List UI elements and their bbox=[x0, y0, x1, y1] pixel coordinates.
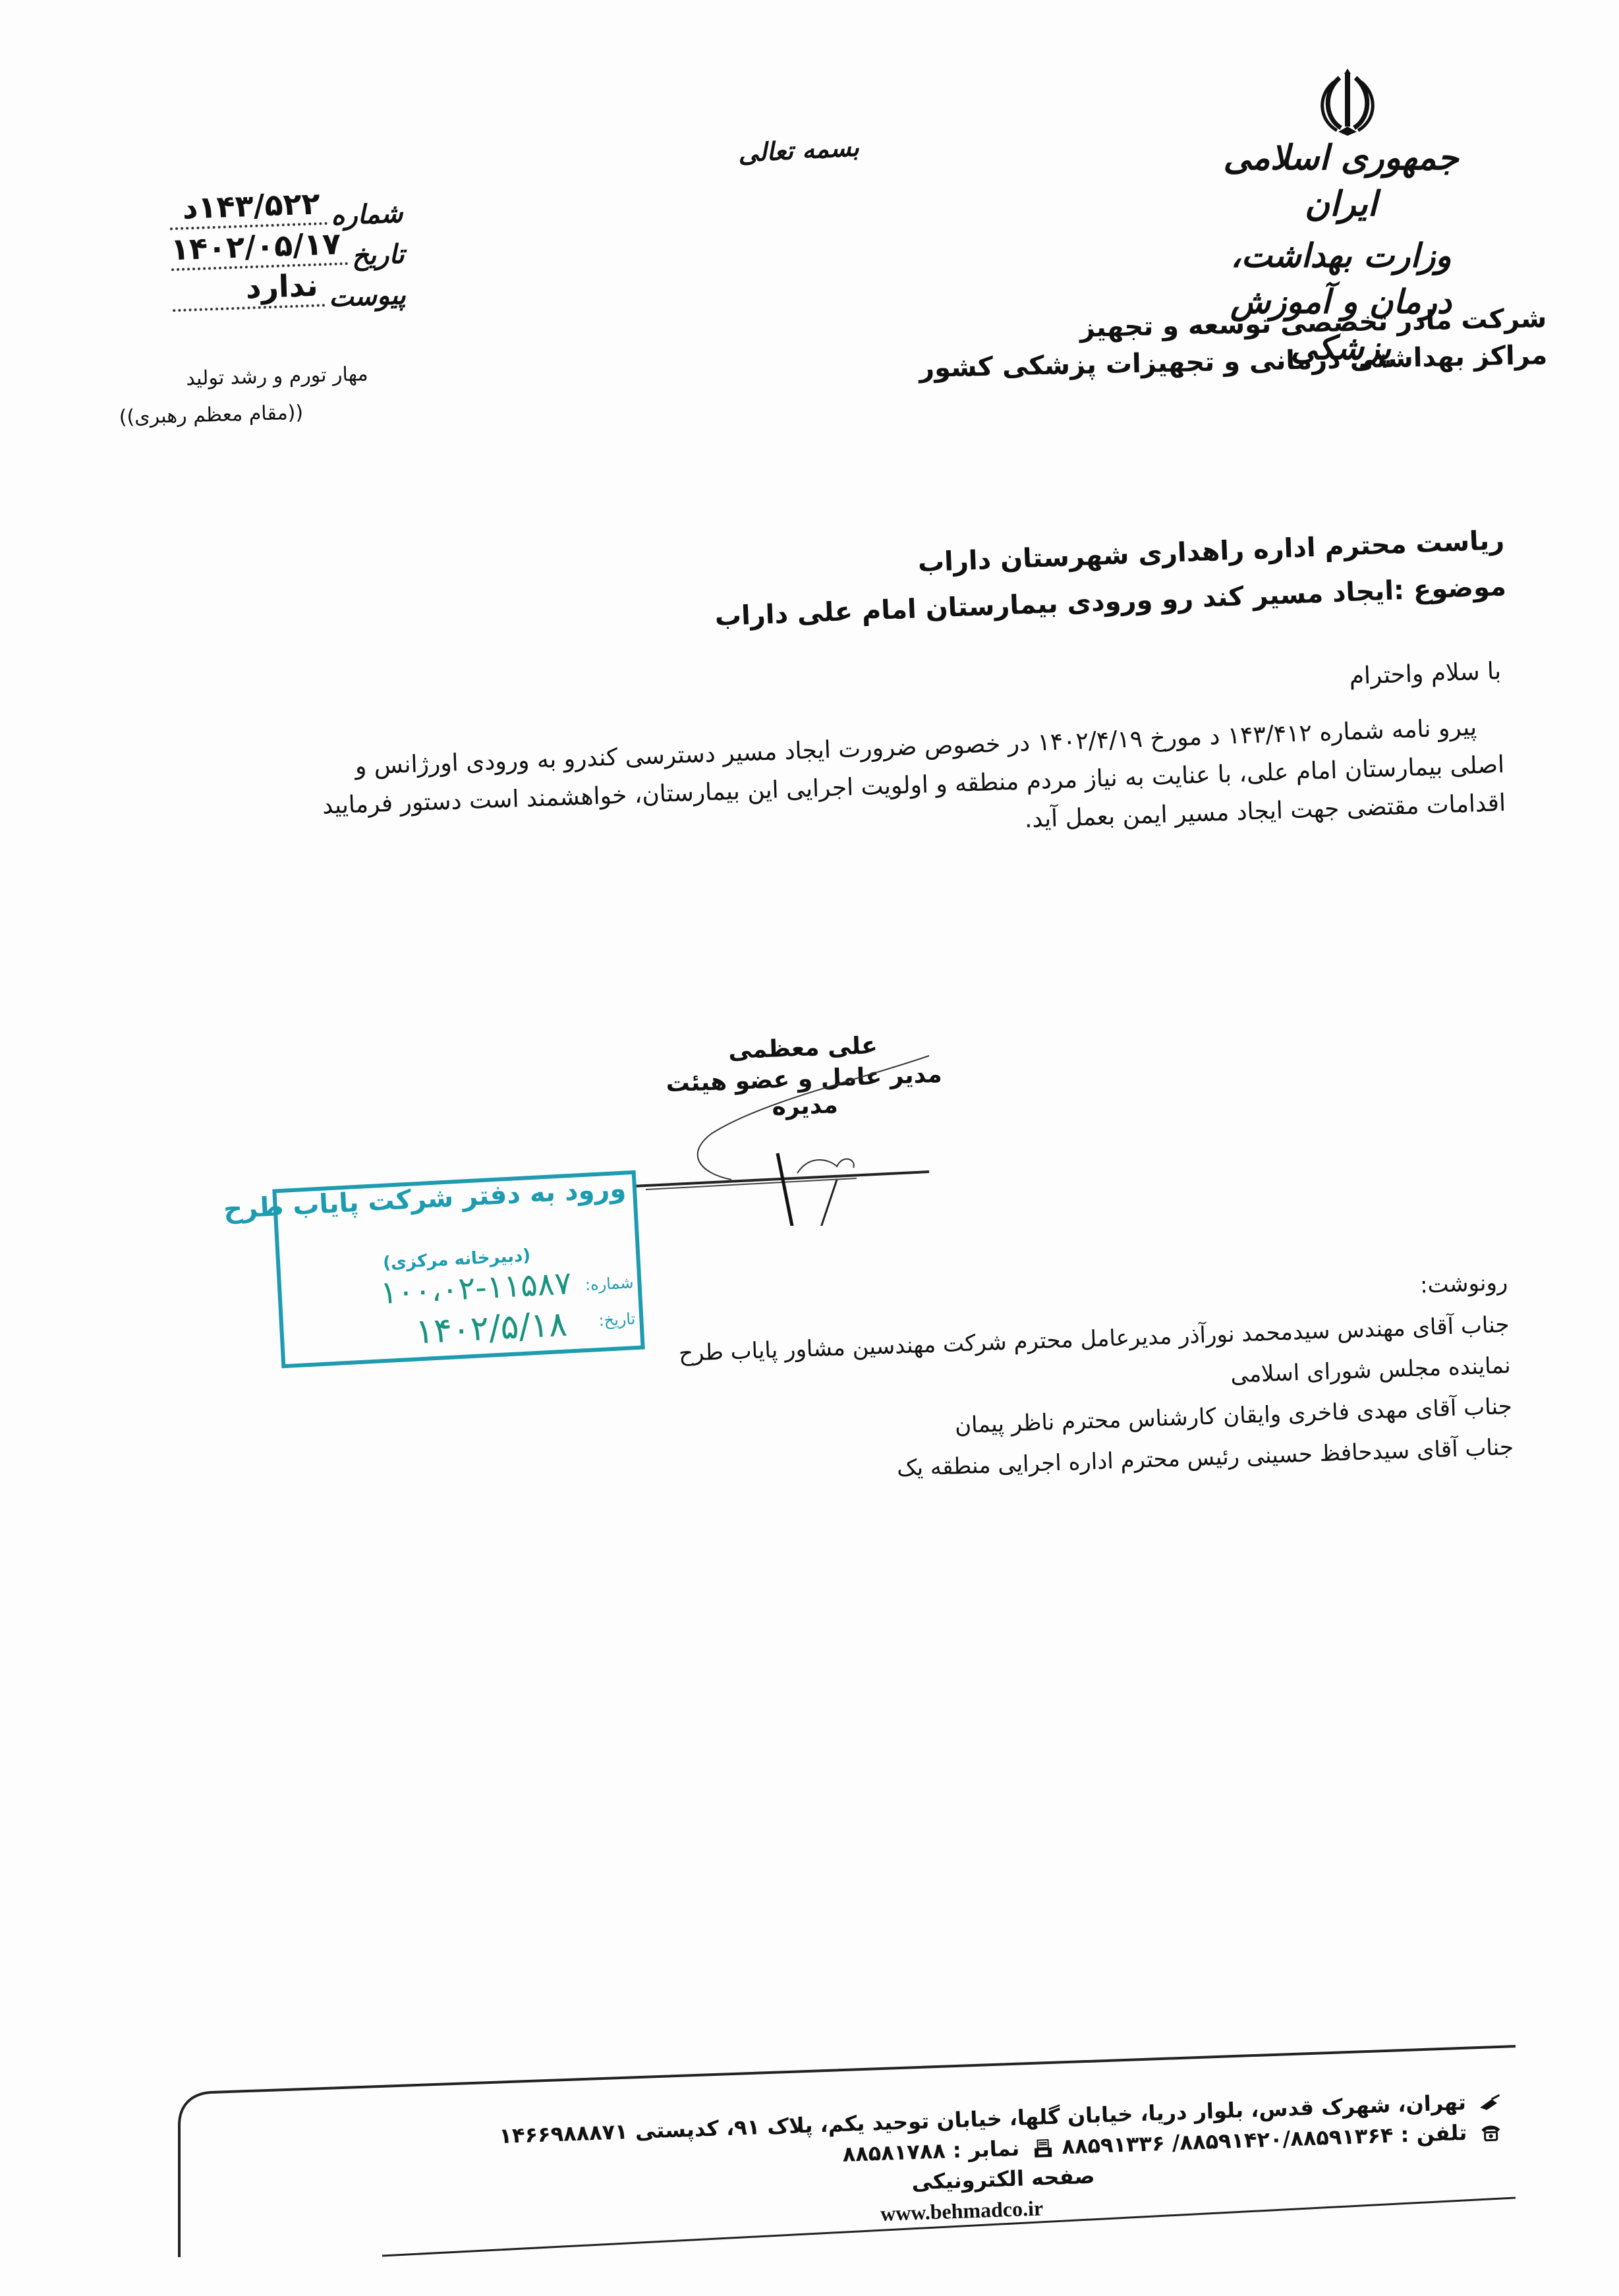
letter-date-value: ۱۴۰۲/۰۵/۱۷ bbox=[170, 225, 341, 267]
stamp-number-label: شماره: bbox=[584, 1273, 634, 1294]
letter-attachment-row: پیوست ندارد bbox=[168, 270, 407, 319]
recipient-block: ریاست محترم اداره راهداری شهرستان داراب … bbox=[712, 517, 1507, 640]
stamp-title: ورود به دفتر شرکت پایاب طرح bbox=[223, 1174, 627, 1225]
stamp-date-value: ۱۴۰۲/۵/۱۸ bbox=[414, 1305, 568, 1352]
incoming-stamp: ورود به دفتر شرکت پایاب طرح (دبیرخانه مر… bbox=[272, 1170, 644, 1369]
handwritten-signature-icon bbox=[619, 1054, 936, 1226]
fax-icon bbox=[1032, 2138, 1055, 2159]
footer-fax-value: ۸۸۵۸۱۷۸۸ bbox=[842, 2138, 946, 2166]
year-slogan: مهار تورم و رشد تولید ((مقام معظم رهبری)… bbox=[118, 356, 370, 436]
letter-number-label: شماره bbox=[330, 198, 403, 231]
telephone-icon bbox=[1479, 2123, 1502, 2143]
ministry-country-name: جمهوری اسلامی ایران bbox=[1193, 135, 1489, 227]
footer-web-label: صفحه الکترونیکی bbox=[911, 2164, 1095, 2195]
letter-attachment-value: ندارد bbox=[245, 268, 319, 306]
footer-website-link[interactable]: www.behmadco.ir bbox=[880, 2196, 1043, 2225]
iran-emblem-icon bbox=[1315, 66, 1380, 138]
letter-body: با سلام واحترام پیرو نامه شماره ۱۴۳/۴۱۲ … bbox=[183, 652, 1506, 869]
pen-hand-icon bbox=[1478, 2092, 1501, 2113]
stamp-date-label: تاریخ: bbox=[598, 1309, 636, 1330]
letter-number-value: ۱۴۳/۵۲۲د bbox=[182, 185, 321, 225]
basmala-heading: بسمه تعالی bbox=[737, 132, 860, 168]
slogan-text: مهار تورم و رشد تولید bbox=[118, 356, 369, 399]
cc-list: رونوشت: جناب آقای مهندس سیدمحمد نورآذر م… bbox=[677, 1262, 1514, 1497]
footer-phone-label: تلفن : bbox=[1400, 2120, 1467, 2147]
company-name-block: شرکت مادر تخصصی توسعه و تجهیز مراکز بهدا… bbox=[919, 300, 1548, 387]
letter-attachment-label: پیوست bbox=[328, 279, 406, 313]
letter-attachment-field: ندارد bbox=[173, 304, 325, 312]
letter-date-label: تاریخ bbox=[351, 239, 405, 272]
footer-fax-label: نمابر : bbox=[952, 2136, 1020, 2164]
slogan-attribution: ((مقام معظم رهبری)) bbox=[119, 395, 304, 436]
letter-meta: شماره ۱۴۳/۵۲۲د تاریخ ۱۴۰۲/۰۵/۱۷ پیوست ند… bbox=[165, 188, 406, 318]
letter-page: جمهوری اسلامی ایران وزارت بهداشت، درمان … bbox=[0, 0, 1619, 2296]
